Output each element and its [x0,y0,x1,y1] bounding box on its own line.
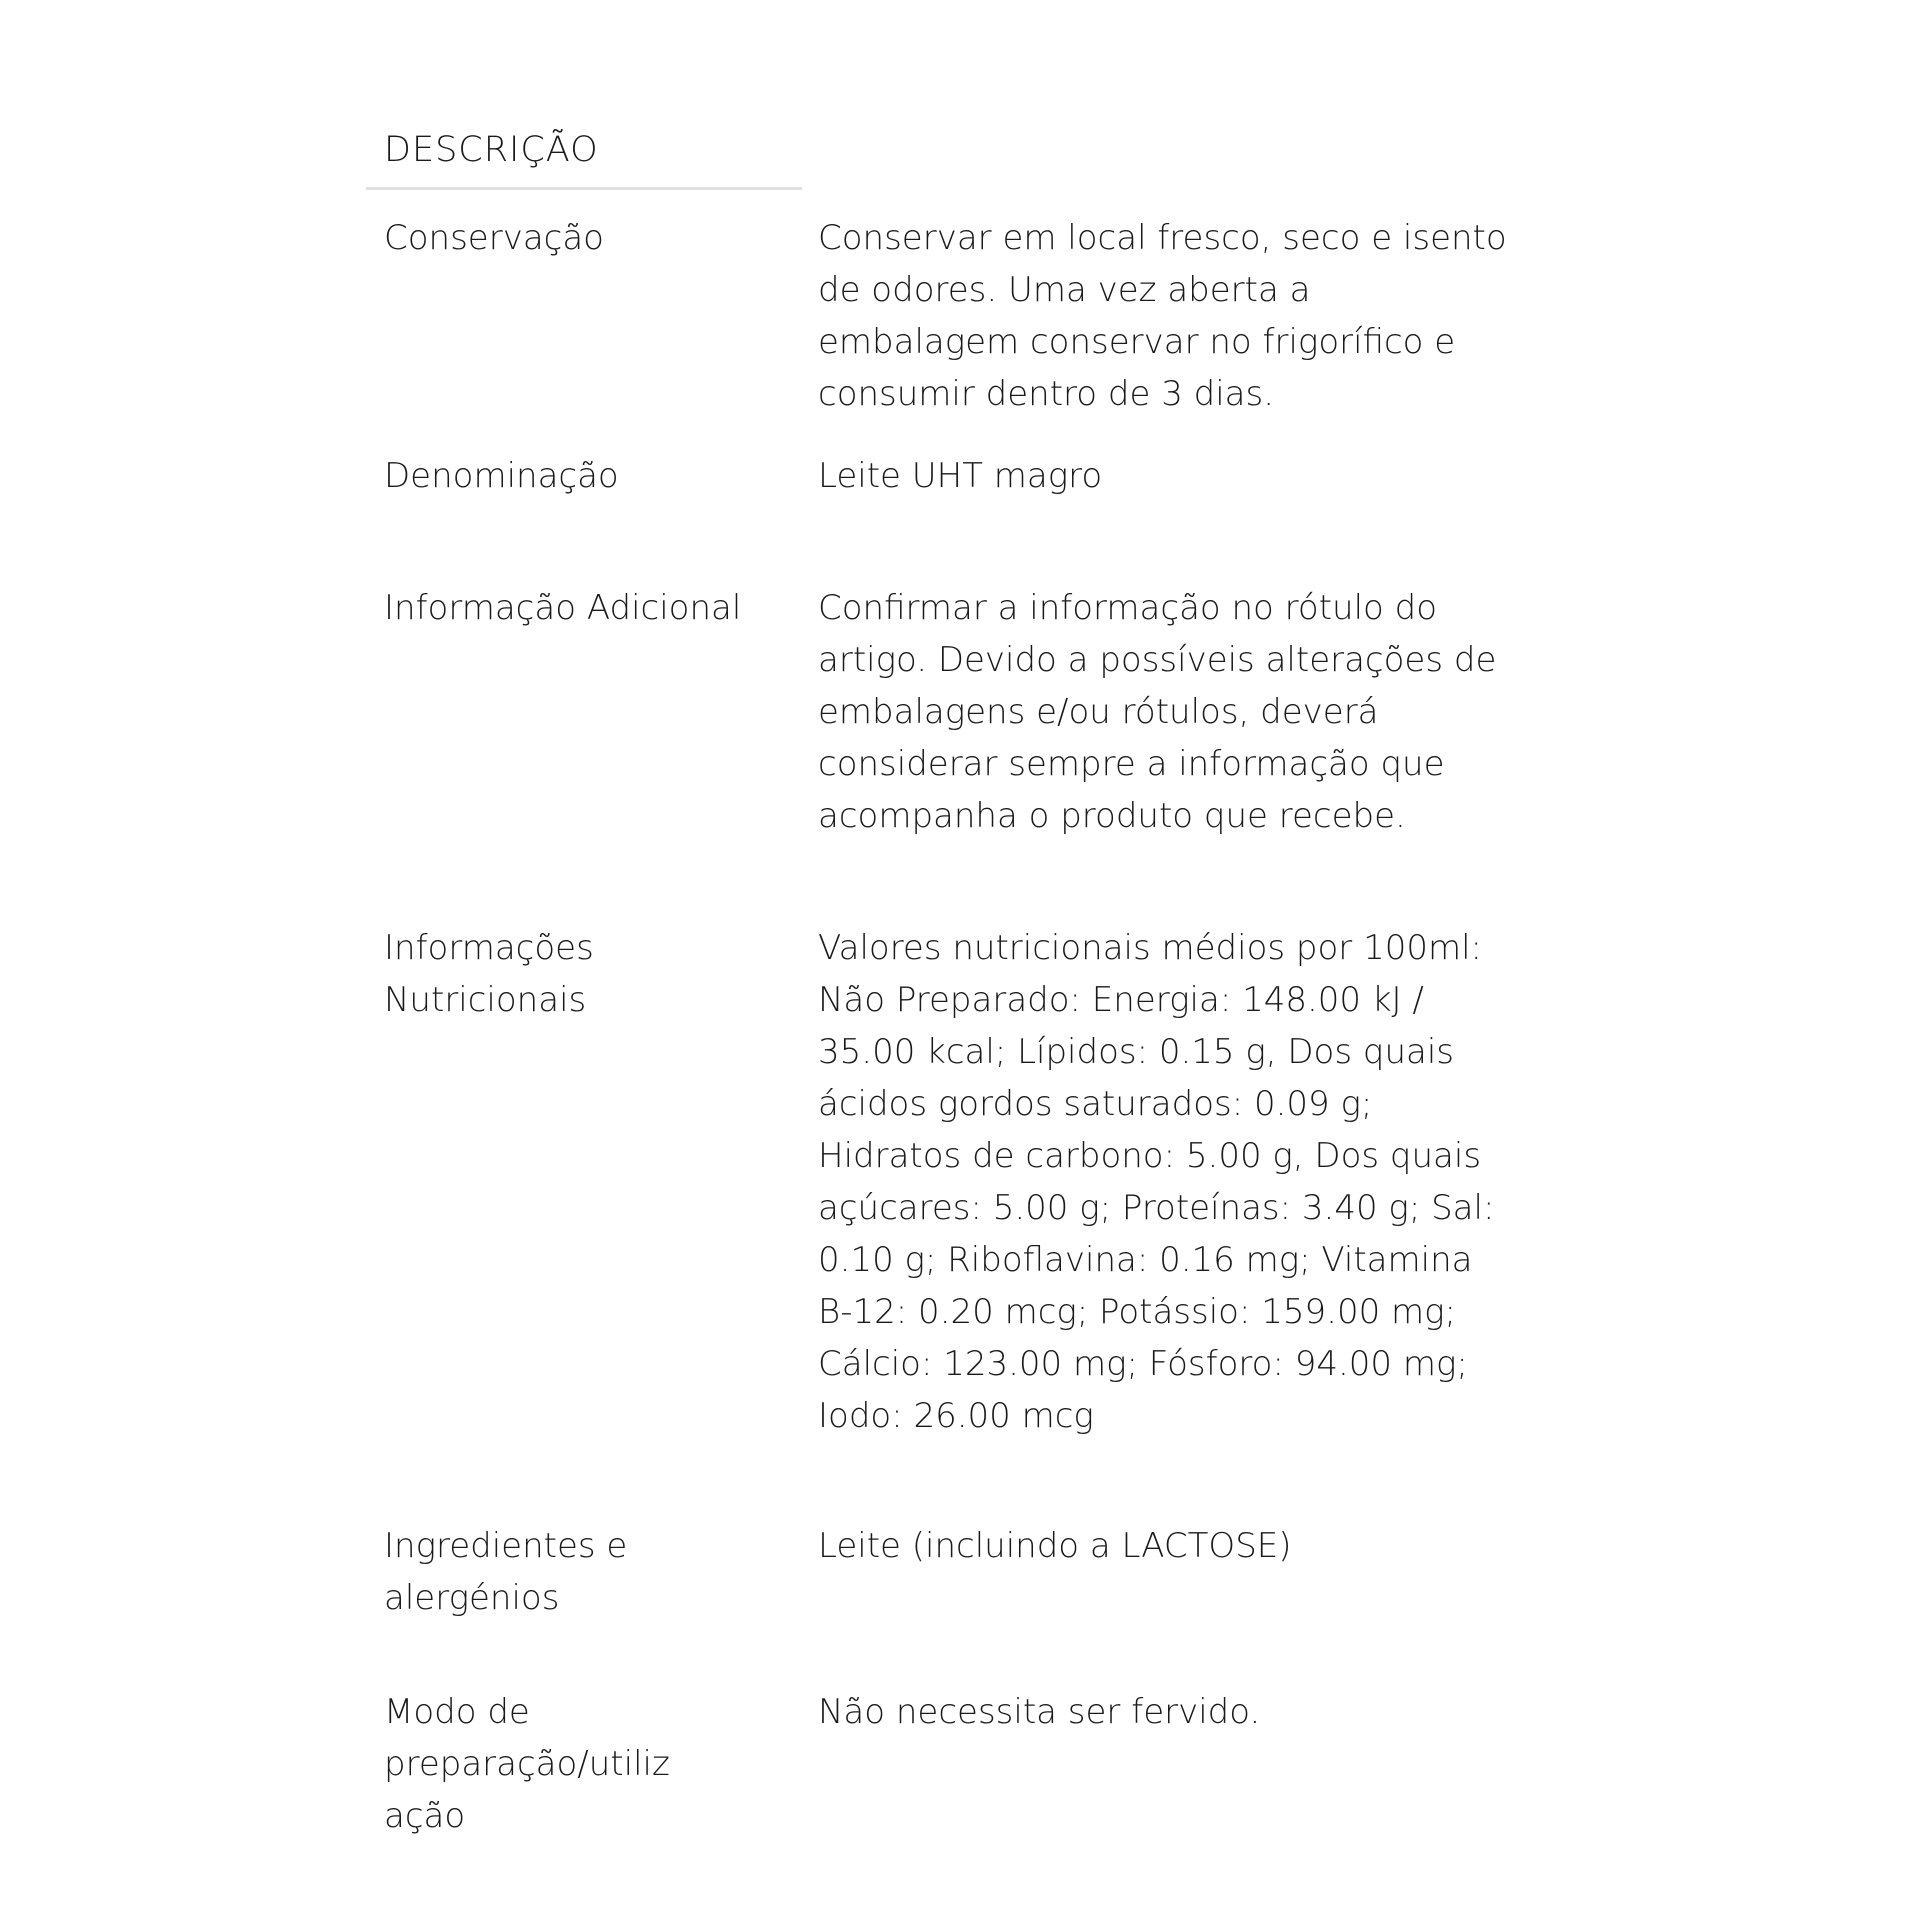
tab-descricao[interactable]: DESCRIÇÃO [366,128,802,190]
row-label: Modo de preparação/utilização [384,1686,684,1842]
row-label: Denominação [384,450,804,502]
row-value: Confirmar a informação no rótulo do arti… [818,582,1508,842]
row-label: Conservação [384,212,804,264]
row-value: Leite (incluindo a LACTOSE) [818,1520,1508,1572]
row-label: Informação Adicional [384,582,804,634]
row-value: Não necessita ser fervido. [818,1686,1508,1738]
row-label: Informações Nutricionais [384,922,684,1026]
row-value: Valores nutricionais médios por 100ml: N… [818,922,1508,1442]
tab-title: DESCRIÇÃO [384,128,599,172]
row-label: Ingredientes e alergénios [384,1520,684,1624]
row-value: Conservar em local fresco, seco e isento… [818,212,1508,420]
row-value: Leite UHT magro [818,450,1508,502]
